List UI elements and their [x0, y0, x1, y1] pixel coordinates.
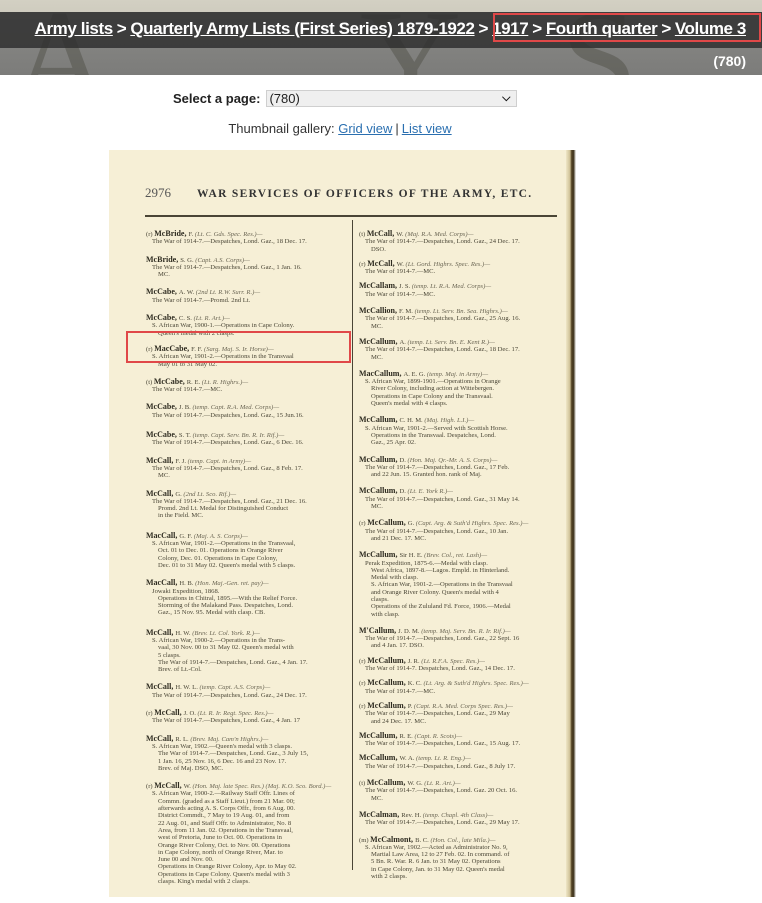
entry-initials: D. — [399, 488, 407, 495]
service-entry: McCall, H. W. L. (temp. Capt. A.S. Corps… — [146, 683, 346, 699]
service-entry: (r) McCall, J. O. (Lt. R. Ir. Regt. Spec… — [146, 709, 346, 725]
entry-detail-line: District Commdt., 7 May to 19 Aug. 01, a… — [146, 812, 346, 819]
service-entry: McCallam, J. S. (temp. Lt. R.A. Med. Cor… — [359, 282, 559, 298]
entry-heading: (r) McBride, F. (Lt. C. Gds. Spec. Res.)… — [146, 230, 346, 238]
entry-detail-line: MC. — [359, 354, 559, 361]
entry-name: McCallum, — [359, 486, 399, 495]
entry-rank: (Capt. R.A. Med. Corps Spec. Res.)— — [414, 703, 513, 710]
entry-detail-line: and 22 Jun. 15. Granted hon. rank of Maj… — [359, 471, 559, 478]
entry-detail-line: The War of 1914-7.—Despatches, Lond. Gaz… — [146, 717, 346, 724]
entry-initials: S. G. — [180, 257, 195, 264]
entry-heading: McCallion, F. M. (temp. Lt. Serv. Bn. Se… — [359, 307, 559, 315]
entry-heading: MacCallum, A. E. G. (temp. Maj. in Army)… — [359, 370, 559, 378]
entry-detail-line: River Colony, including action at Witteb… — [359, 385, 559, 392]
entry-detail-line: Brev. of Maj. DSO, MC. — [146, 765, 346, 772]
entry-rank: (temp. Lt. R. Eng.)— — [416, 755, 471, 762]
entry-detail-line: The War of 1914-7.—MC. — [359, 291, 559, 298]
entry-rank: (temp. Capt. A.S. Corps)— — [200, 684, 271, 691]
entry-name: McCabe, — [154, 377, 187, 386]
entry-detail-line: S. African War, 1901-2.—Operations in th… — [359, 581, 559, 588]
service-entry: McCallum, R. E. (Capt. R. Scots)—The War… — [359, 732, 559, 748]
entry-rank: (Capt. Arg. & Suth'd Highrs. Spec. Res.)… — [416, 520, 529, 527]
entry-name: McCall, — [146, 489, 175, 498]
service-entry: McCallion, F. M. (temp. Lt. Serv. Bn. Se… — [359, 307, 559, 330]
entry-initials: Rev. H. — [401, 812, 423, 819]
entry-prefix: (r) — [359, 520, 367, 527]
entry-heading: (r) McCall, J. O. (Lt. R. Ir. Regt. Spec… — [146, 709, 346, 717]
entry-rank: (Maj. R.A. Med. Corps)— — [405, 231, 473, 238]
entry-detail-line: with clasp. — [359, 611, 559, 618]
entry-detail-line: Jowaki Expedition, 1868. — [146, 588, 346, 595]
service-entry: McCallum, A. (temp. Lt. Serv. Bn. E. Ken… — [359, 338, 559, 361]
entry-detail-line: The War of 1914-7.—Despatches, Lond. Gaz… — [359, 496, 559, 503]
entry-initials: F. M. — [399, 308, 415, 315]
entry-detail-line: The War of 1914-7.—Despatches, Lond. Gaz… — [359, 787, 559, 794]
entry-heading: McCall, H. W. L. (temp. Capt. A.S. Corps… — [146, 683, 346, 691]
entry-initials: J. O. — [184, 710, 198, 717]
breadcrumb: Army lists>Quarterly Army Lists (First S… — [35, 19, 746, 39]
service-entry: (r) McBride, F. (Lt. C. Gds. Spec. Res.)… — [146, 230, 346, 246]
entry-heading: McCallum, C. H. M. (Maj. High. L.I.)— — [359, 416, 559, 424]
entry-initials: F. F. — [191, 346, 204, 353]
entry-heading: (r) McCallum, P. (Capt. R.A. Med. Corps … — [359, 702, 559, 710]
entry-prefix: (r) — [359, 703, 367, 710]
service-entry: McCallum, W. A. (temp. Lt. R. Eng.)—The … — [359, 754, 559, 770]
entry-rank: (Lt. R.F.A. Spec. Res.)— — [421, 658, 485, 665]
entry-rank: (temp. Capt. R.A. Med. Corps)— — [192, 404, 279, 411]
printed-page-title: WAR SERVICES OF OFFICERS OF THE ARMY, ET… — [197, 188, 532, 200]
breadcrumb-army-lists[interactable]: Army lists — [35, 19, 113, 38]
entry-rank: (Lt. Arg. & Suth'd Highrs. Spec. Res.)— — [423, 680, 528, 687]
entry-detail-line: May 01 to 31 May 02. — [146, 361, 346, 368]
entry-initials: C. H. M. — [399, 417, 424, 424]
entry-initials: D. — [399, 457, 407, 464]
entry-detail-line: and 21 Dec. 17. MC. — [359, 535, 559, 542]
entry-detail-line: Orange River Colony, Oct. to Nov. 00. Op… — [146, 842, 346, 849]
entry-detail-line: vaal, 30 Nov. 00 to 31 May 02. Queen's m… — [146, 644, 346, 651]
entry-heading: MacCall, G. F. (Maj. A. S. Corps)— — [146, 532, 346, 540]
entry-detail-line: The War of 1914-7.—Despatches, Lond. Gaz… — [359, 819, 559, 826]
entry-detail-line: The War of 1914-7.—Despatches, Lond. Gaz… — [146, 238, 346, 245]
breadcrumb-separator: > — [117, 19, 127, 38]
entry-detail-line: The War of 1914-7.—MC. — [359, 268, 559, 275]
entry-detail-line: S. African War, 1902.—Queen's medal with… — [146, 743, 346, 750]
entry-detail-line: 22 Aug. 01, and Staff Offr. to Administr… — [146, 820, 346, 827]
entry-detail-line: 5 Bn. R. War. R. 6 Jan. to 31 May 02. Op… — [359, 858, 559, 865]
entry-heading: McCallum, A. (temp. Lt. Serv. Bn. E. Ken… — [359, 338, 559, 346]
entry-heading: M'Callum, J. D. M. (temp. Maj. Serv. Bn.… — [359, 627, 559, 635]
entry-heading: (t) McCabe, R. E. (Lt. R. Highrs.)— — [146, 378, 346, 386]
service-entry: McCallum, Sir H. E. (Brev. Col., ret. La… — [359, 551, 559, 618]
entry-detail-line: The War of 1914-7.—Despatches, Lond. Gaz… — [146, 439, 346, 446]
entry-detail-line: The War of 1914-7.—Despatches, Lond. Gaz… — [146, 498, 346, 505]
entry-heading: MacCall, H. B. (Hon. Maj.-Gen. ret. pay)… — [146, 579, 346, 587]
entry-initials: W. G. — [407, 780, 424, 787]
entry-name: McCallum, — [359, 550, 399, 559]
service-entry: McBride, S. G. (Capt. A.S. Corps)—The Wa… — [146, 256, 346, 279]
entry-detail-line: Operations in the Transvaal. Despatches,… — [359, 432, 559, 439]
entry-detail-line: and 4 Jan. 17. DSO. — [359, 642, 559, 649]
entry-rank: (2nd Lt. R.W. Surr. R.)— — [196, 289, 260, 296]
entry-detail-line: clasps. King's medal with 2 clasps. — [146, 878, 346, 885]
entry-name: McCall, — [367, 259, 396, 268]
service-entry: (m) McCalmont, B. C. (Hon. Col., late Mi… — [359, 836, 559, 881]
service-entry: McCalman, Rev. H. (temp. Chapl. 4th Clas… — [359, 811, 559, 827]
entry-detail-line: Storming of the Malakand Pass. Despatche… — [146, 602, 346, 609]
entry-detail-line: Dec. 01 to 31 May 02. Queen's medal with… — [146, 562, 346, 569]
breadcrumb-quarterly-army-lists[interactable]: Quarterly Army Lists (First Series) 1879… — [130, 19, 474, 38]
entry-name: McCallum, — [367, 518, 407, 527]
service-entry: (r) McCall, W. (Lt. Gord. Highrs. Spec. … — [359, 260, 559, 276]
service-entry: MacCall, G. F. (Maj. A. S. Corps)—S. Afr… — [146, 532, 346, 569]
entry-detail-line: June 00 and Nov. 00. — [146, 856, 346, 863]
entry-detail-line: Operations in Cape Colony and the Transv… — [359, 393, 559, 400]
entry-rank: (temp. Maj. in Army)— — [427, 371, 488, 378]
entry-name: McCallum, — [367, 701, 407, 710]
entry-prefix: (t) — [359, 780, 367, 787]
entry-initials: F. J. — [175, 458, 187, 465]
entry-rank: (Lt. R. Art.)— — [424, 780, 460, 787]
entry-rank: (temp. Lt. R.A. Med. Corps)— — [412, 283, 491, 290]
entry-heading: (r) McCall, W. (Hon. Maj. late Spec. Res… — [146, 782, 346, 790]
entry-detail-line: Colony, Dec. 01. Operations in Cape Colo… — [146, 555, 346, 562]
entry-rank: (temp. Capt. Serv. Bn. R. Ir. Rif.)— — [193, 432, 285, 439]
service-entry: McCallum, C. H. M. (Maj. High. L.I.)—S. … — [359, 416, 559, 446]
entry-detail-line: The War of 1914-7.—Despatches, Lond. Gaz… — [359, 710, 559, 717]
entry-initials: G. F. — [179, 533, 194, 540]
entry-heading: McCabe, A. W. (2nd Lt. R.W. Surr. R.)— — [146, 288, 346, 296]
entry-rank: (Lt. Gord. Highrs. Spec. Res.)— — [406, 261, 491, 268]
page-selector-row: Select a page: (780) ⌵ — [173, 90, 517, 107]
entry-heading: McCallum, D. (Hon. Maj. Qr.-Mr. A. S. Co… — [359, 456, 559, 464]
entry-name: McCabe, — [146, 402, 179, 411]
entry-detail-line: Brev. of Lt.-Col. — [146, 666, 346, 673]
page-selector-label: Select a page: — [173, 91, 260, 106]
entry-heading: McCall, F. J. (temp. Capt. in Army)— — [146, 457, 346, 465]
entry-detail-line: Operations in Orange River Colony, Apr. … — [146, 863, 346, 870]
entry-heading: McCallum, D. (Lt. E. York R.)— — [359, 487, 559, 495]
entry-detail-line: DSO. — [359, 246, 559, 253]
entry-detail-line: S. African War, 1899-1901.—Operations in… — [359, 378, 559, 385]
entry-detail-line: clasps. — [359, 596, 559, 603]
entry-detail-line: west of Pretoria, June to Oct. 00. Opera… — [146, 834, 346, 841]
entry-initials: C. S. — [179, 315, 194, 322]
entry-initials: G. — [408, 520, 416, 527]
entry-rank: (Lt. E. York R.)— — [408, 488, 454, 495]
entry-name: McCalmont, — [370, 835, 415, 844]
page-select-value: (780) — [269, 91, 299, 106]
entry-detail-line: The War of 1914-7.—MC. — [359, 688, 559, 695]
entry-detail-line: Queen's medal with 4 clasps. — [359, 400, 559, 407]
entry-heading: McCall, R. L. (Brev. Maj. Cam'n Highrs.)… — [146, 735, 346, 743]
entry-rank: (Brev. Maj. Cam'n Highrs.)— — [190, 736, 268, 743]
entry-detail-line: S. African War, 1902.—Acted as Administr… — [359, 844, 559, 851]
entry-heading: (r) MacCabe, F. F. (Sarg. Maj. S. Ir. Ho… — [146, 345, 346, 353]
entry-initials: Sir H. E. — [399, 552, 424, 559]
service-entry: McCallum, D. (Hon. Maj. Qr.-Mr. A. S. Co… — [359, 456, 559, 479]
breadcrumb-separator: > — [479, 19, 489, 38]
service-entry: McCabe, J. B. (temp. Capt. R.A. Med. Cor… — [146, 403, 346, 419]
entry-heading: McCabe, J. B. (temp. Capt. R.A. Med. Cor… — [146, 403, 346, 411]
left-column: (r) McBride, F. (Lt. C. Gds. Spec. Res.)… — [146, 230, 346, 885]
entry-detail-line: in Cape Colony, north of Orange River, M… — [146, 849, 346, 856]
entry-detail-line: MC. — [359, 323, 559, 330]
entry-name: McBride, — [154, 229, 188, 238]
service-entry: McCallum, D. (Lt. E. York R.)—The War of… — [359, 487, 559, 510]
entry-heading: McCallum, Sir H. E. (Brev. Col., ret. La… — [359, 551, 559, 559]
entry-heading: McBride, S. G. (Capt. A.S. Corps)— — [146, 256, 346, 264]
entry-name: McCall, — [146, 456, 175, 465]
entry-detail-line: in Cape Colony, Jan. to 31 May 02. Queen… — [359, 866, 559, 873]
entry-heading: McCallam, J. S. (temp. Lt. R.A. Med. Cor… — [359, 282, 559, 290]
entry-prefix: (t) — [359, 231, 367, 238]
header-banner: A Y S Army lists>Quarterly Army Lists (F… — [0, 0, 762, 75]
entry-name: McCallion, — [359, 306, 399, 315]
entry-name: McCallum, — [359, 337, 399, 346]
entry-name: McCallam, — [359, 281, 399, 290]
page-count: (780) — [713, 53, 746, 69]
entry-detail-line: MC. — [146, 472, 346, 479]
service-entry: McCall, R. L. (Brev. Maj. Cam'n Highrs.)… — [146, 735, 346, 772]
entry-rank: (Brev. Lt. Col. York. R.)— — [192, 630, 260, 637]
entry-prefix: (r) — [359, 658, 367, 665]
entry-detail-line: afterwards acting A. S. Corps Offr., fro… — [146, 805, 346, 812]
entry-prefix: (r) — [359, 261, 367, 268]
entry-name: McCallum, — [367, 778, 407, 787]
entry-initials: H. W. L. — [175, 684, 199, 691]
service-entry: (t) McCall, W. (Maj. R.A. Med. Corps)—Th… — [359, 230, 559, 253]
entry-rank: (Hon. Maj. Qr.-Mr. A. S. Corps)— — [408, 457, 498, 464]
entry-rank: (Sarg. Maj. S. Ir. Horse)— — [204, 346, 274, 353]
entry-initials: J. S. — [399, 283, 412, 290]
entry-initials: W. — [396, 231, 405, 238]
entry-rank: (Lt. R. Highrs.)— — [202, 379, 248, 386]
entry-detail-line: Gaz., 25 Apr. 02. — [359, 439, 559, 446]
entry-heading: McCabe, S. T. (temp. Capt. Serv. Bn. R. … — [146, 431, 346, 439]
entry-name: MacCabe, — [154, 344, 191, 353]
entry-detail-line: Medal with clasp. — [359, 574, 559, 581]
entry-initials: R. E. — [399, 733, 414, 740]
service-entry: (r) MacCabe, F. F. (Sarg. Maj. S. Ir. Ho… — [146, 345, 346, 368]
breadcrumb-year[interactable]: 1917 — [492, 19, 528, 38]
entry-prefix: (r) — [146, 231, 154, 238]
entry-name: McCabe, — [146, 430, 179, 439]
entry-name: McCallum, — [359, 731, 399, 740]
entry-detail-line: The War of 1914-7.—Despatches, Lond. Gaz… — [359, 528, 559, 535]
entry-rank: (Hon. Col., late Mila.)— — [430, 837, 495, 844]
entry-detail-line: The War of 1914-7. Despatches, Lond. Gaz… — [359, 665, 559, 672]
entry-prefix: (r) — [146, 783, 154, 790]
right-column: (t) McCall, W. (Maj. R.A. Med. Corps)—Th… — [359, 230, 559, 880]
entry-detail-line: Area, from 11 Jan. 02. Operations in the… — [146, 827, 346, 834]
entry-name: McCall, — [367, 229, 396, 238]
entry-detail-line: Operations in Chitral, 1895.—With the Re… — [146, 595, 346, 602]
entry-detail-line: The War of 1914-7.—Despatches, Lond. Gaz… — [359, 315, 559, 322]
entry-rank: (Hon. Maj.-Gen. ret. pay)— — [195, 580, 269, 587]
entry-name: McCall, — [146, 682, 175, 691]
service-entry: McCabe, C. S. (Lt. R. Art.)—S. African W… — [146, 314, 346, 337]
page-select-dropdown[interactable]: (780) ⌵ — [266, 90, 517, 107]
entry-rank: (Capt. A.S. Corps)— — [195, 257, 250, 264]
entry-prefix: (m) — [359, 837, 370, 844]
entry-rank: (Capt. R. Scots)— — [414, 733, 462, 740]
entry-heading: McCall, G. (2nd Lt. Sco. Rif.)— — [146, 490, 346, 498]
entry-detail-line: Oct. 01 to Dec. 01. Operations in Orange… — [146, 547, 346, 554]
entry-detail-line: The War of 1914-7.—Despatches, Lond. Gaz… — [146, 659, 346, 666]
entry-detail-line: The War of 1914-7.—Despatches, Lond. Gaz… — [359, 346, 559, 353]
service-entry: (r) McCall, W. (Hon. Maj. late Spec. Res… — [146, 782, 346, 885]
entry-detail-line: 5 clasps. — [146, 652, 346, 659]
entry-detail-line: Perak Expedition, 1875-6.—Medal with cla… — [359, 560, 559, 567]
entry-name: McCallum, — [359, 415, 399, 424]
entry-rank: (Maj. A. S. Corps)— — [194, 533, 248, 540]
service-entry: McCall, G. (2nd Lt. Sco. Rif.)—The War o… — [146, 490, 346, 520]
entry-initials: H. W. — [175, 630, 192, 637]
entry-detail-line: S. African War, 1901-2.—Operations in th… — [146, 540, 346, 547]
entry-prefix: (t) — [146, 379, 154, 386]
service-entry: McCall, H. W. (Brev. Lt. Col. York. R.)—… — [146, 629, 346, 674]
entry-name: McCallum, — [359, 455, 399, 464]
entry-detail-line: 1 Jan. 16, 25 Nov. 16, 6 Dec. 16 and 23 … — [146, 758, 346, 765]
entry-detail-line: The War of 1914-7.—MC. — [146, 386, 346, 393]
entry-initials: R. E. — [187, 379, 202, 386]
entry-detail-line: The War of 1914-7.—Despatches, Lond. Gaz… — [146, 692, 346, 699]
thumbnail-gallery-label: Thumbnail gallery: — [228, 121, 334, 136]
entry-rank: (Brev. Col., ret. Lash)— — [424, 552, 487, 559]
entry-rank: (temp. Maj. Serv. Bn. R. Ir. Rif.)— — [421, 628, 510, 635]
entry-detail-line: Martial Law Area, 12 to 27 Feb. 02. In c… — [359, 851, 559, 858]
entry-heading: (r) McCallum, K. C. (Lt. Arg. & Suth'd H… — [359, 679, 559, 687]
entry-initials: J. R. — [408, 658, 422, 665]
entry-detail-line: The War of 1914-7.—Despatches, Lond. Gaz… — [146, 750, 346, 757]
entry-detail-line: The War of 1914-7.—Despatches, Lond. Gaz… — [146, 465, 346, 472]
entry-detail-line: S. African War, 1900-1.—Operations in Ca… — [146, 322, 346, 329]
entry-heading: (t) McCallum, W. G. (Lt. R. Art.)— — [359, 779, 559, 787]
entry-prefix: (r) — [146, 346, 154, 353]
entry-initials: A. E. G. — [403, 371, 426, 378]
entry-initials: S. T. — [179, 432, 193, 439]
entry-detail-line: S. African War, 1901-2.—Operations in th… — [146, 353, 346, 360]
entry-rank: (temp. Lt. Serv. Bn. Sea. Highrs.)— — [415, 308, 508, 315]
entry-detail-line: The War of 1914-7.—Despatches, Lond. Gaz… — [146, 412, 346, 419]
service-entry: (t) McCallum, W. G. (Lt. R. Art.)—The Wa… — [359, 779, 559, 802]
entry-detail-line: Operations in Cape Colony. Queen's medal… — [146, 871, 346, 878]
entry-name: MacCallum, — [359, 369, 403, 378]
list-view-link[interactable]: List view — [402, 121, 452, 136]
chevron-down-icon: ⌵ — [502, 91, 510, 106]
entry-initials: W. — [397, 261, 406, 268]
thumbnail-gallery-row: Thumbnail gallery: Grid view|List view — [0, 121, 680, 136]
breadcrumb-quarter[interactable]: Fourth quarter — [546, 19, 658, 38]
service-entry: (r) McCallum, J. R. (Lt. R.F.A. Spec. Re… — [359, 657, 559, 673]
grid-view-link[interactable]: Grid view — [338, 121, 392, 136]
entry-heading: McCalman, Rev. H. (temp. Chapl. 4th Clas… — [359, 811, 559, 819]
entry-rank: (temp. Capt. in Army)— — [188, 458, 251, 465]
entry-detail-line: The War of 1914-7.—Despatches, Lond. Gaz… — [146, 264, 346, 271]
entry-name: McCall, — [146, 734, 175, 743]
entry-name: MacCall, — [146, 578, 179, 587]
entry-detail-line: in the Field. MC. — [146, 512, 346, 519]
entry-detail-line: West Africa, 1897-8.—Lagos. Empld. in Hi… — [359, 567, 559, 574]
entry-detail-line: S. African War, 1901-2.—Served with Scot… — [359, 425, 559, 432]
entry-detail-line: Commn. (graded as a Staff Lieut.) from 2… — [146, 798, 346, 805]
entry-initials: B. C. — [415, 837, 430, 844]
entry-name: McCall, — [146, 628, 175, 637]
entry-detail-line: The War of 1914-7.—Despatches, Lond. Gaz… — [359, 238, 559, 245]
entry-detail-line: MC. — [359, 795, 559, 802]
entry-heading: (r) McCallum, J. R. (Lt. R.F.A. Spec. Re… — [359, 657, 559, 665]
entry-heading: (m) McCalmont, B. C. (Hon. Col., late Mi… — [359, 836, 559, 844]
entry-initials: K. C. — [408, 680, 424, 687]
scanned-page-image[interactable]: 2976 WAR SERVICES OF OFFICERS OF THE ARM… — [109, 150, 576, 897]
service-entry: (r) McCallum, K. C. (Lt. Arg. & Suth'd H… — [359, 679, 559, 695]
column-divider — [352, 220, 353, 870]
entry-rank: (Lt. R. Art.)— — [194, 315, 230, 322]
header-rule — [145, 215, 557, 217]
entry-name: McCallum, — [359, 753, 399, 762]
entry-detail-line: S. African War, 1900-2.—Operations in th… — [146, 637, 346, 644]
entry-heading: (t) McCall, W. (Maj. R.A. Med. Corps)— — [359, 230, 559, 238]
entry-initials: W. A. — [399, 755, 416, 762]
breadcrumb-volume[interactable]: Volume 3 — [675, 19, 746, 38]
entry-rank: (Hon. Maj. late Spec. Res.) (Maj. K.O. S… — [193, 783, 332, 790]
service-entry: McCabe, A. W. (2nd Lt. R.W. Surr. R.)—Th… — [146, 288, 346, 304]
entry-heading: McCall, H. W. (Brev. Lt. Col. York. R.)— — [146, 629, 346, 637]
entry-initials: A. W. — [179, 289, 196, 296]
service-entry: (t) McCabe, R. E. (Lt. R. Highrs.)—The W… — [146, 378, 346, 394]
entry-detail-line: and Orange River Colony. Queen's medal w… — [359, 589, 559, 596]
entry-rank: (Lt. C. Gds. Spec. Res.)— — [195, 231, 263, 238]
entry-name: McCabe, — [146, 287, 179, 296]
entry-rank: (Maj. High. L.I.)— — [424, 417, 474, 424]
entry-heading: McCallum, W. A. (temp. Lt. R. Eng.)— — [359, 754, 559, 762]
entry-name: McCabe, — [146, 313, 179, 322]
entry-detail-line: S. African War, 1900-2.—Railway Staff Of… — [146, 790, 346, 797]
entry-initials: W. — [184, 783, 193, 790]
service-entry: MacCallum, A. E. G. (temp. Maj. in Army)… — [359, 370, 559, 407]
entry-initials: J. D. M. — [398, 628, 421, 635]
service-entry: M'Callum, J. D. M. (temp. Maj. Serv. Bn.… — [359, 627, 559, 650]
breadcrumb-separator: > — [532, 19, 542, 38]
entry-name: McBride, — [146, 255, 180, 264]
entry-detail-line: with 2 clasps. — [359, 873, 559, 880]
link-divider: | — [395, 121, 398, 136]
entry-initials: H. B. — [179, 580, 195, 587]
entry-detail-line: The War of 1914-7.—Despatches, Lond. Gaz… — [359, 740, 559, 747]
entry-prefix: (r) — [146, 710, 154, 717]
entry-detail-line: and 24 Dec. 17. MC. — [359, 718, 559, 725]
entry-detail-line: The War of 1914-7.—Promd. 2nd Lt. — [146, 297, 346, 304]
entry-detail-line: Queen's medal with 2 clasps. — [146, 330, 346, 337]
entry-detail-line: MC. — [146, 271, 346, 278]
service-entry: (r) McCallum, P. (Capt. R.A. Med. Corps … — [359, 702, 559, 725]
service-entry: McCabe, S. T. (temp. Capt. Serv. Bn. R. … — [146, 431, 346, 447]
entry-name: McCalman, — [359, 810, 401, 819]
entry-name: McCallum, — [367, 656, 407, 665]
printed-page-number: 2976 — [145, 185, 171, 201]
entry-name: McCallum, — [367, 678, 407, 687]
entry-detail-line: MC. — [359, 503, 559, 510]
entry-initials: R. L. — [175, 736, 190, 743]
entry-name: McCall, — [154, 708, 183, 717]
entry-detail-line: Gaz., 15 Nov. 95. Medal with clasp. CB. — [146, 609, 346, 616]
entry-initials: J. B. — [179, 404, 193, 411]
entry-prefix: (r) — [359, 680, 367, 687]
entry-name: MacCall, — [146, 531, 179, 540]
entry-rank: (Lt. R. Ir. Regt. Spec. Res.)— — [198, 710, 274, 717]
entry-heading: (r) McCallum, G. (Capt. Arg. & Suth'd Hi… — [359, 519, 559, 527]
entry-detail-line: Promd. 2nd Lt. Medal for Distinguished C… — [146, 505, 346, 512]
